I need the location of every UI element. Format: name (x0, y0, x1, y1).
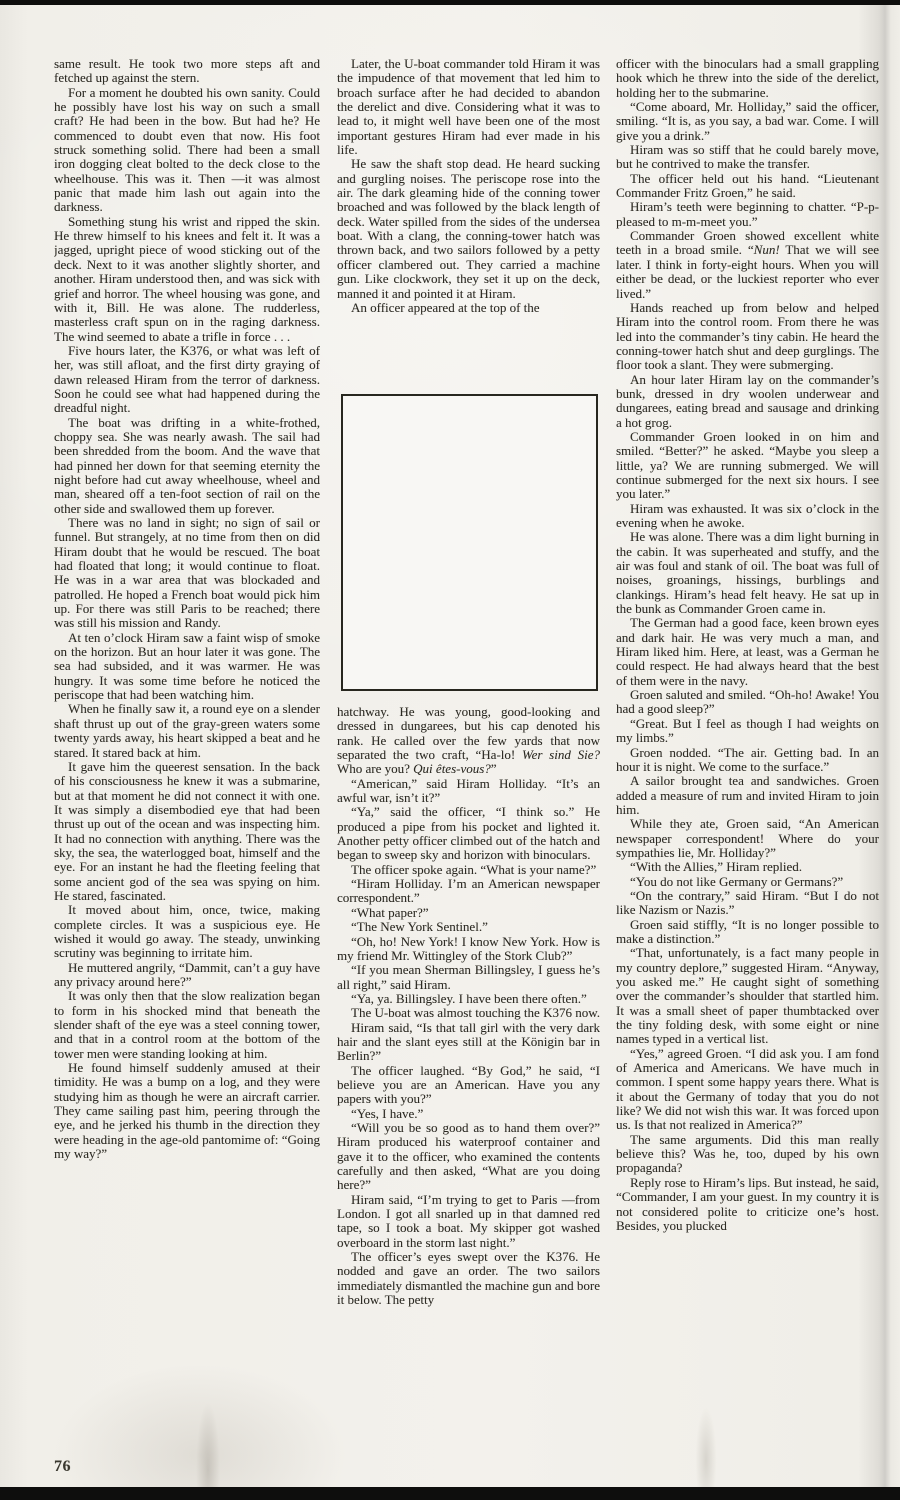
paragraph: “Ya,” said the officer, “I think so.” He… (337, 805, 600, 862)
paragraph: The U-boat was almost touching the K376 … (337, 1006, 600, 1020)
column-2-text-below-box: hatchway. He was young, good-looking and… (337, 705, 600, 1307)
paragraph: “You do not like Germany or Germans?” (616, 875, 879, 889)
paragraph: “Will you be so good as to hand them ove… (337, 1121, 600, 1193)
paragraph: “With the Allies,” Hiram replied. (616, 860, 879, 874)
paragraph: Hands reached up from below and helped H… (616, 301, 879, 373)
paragraph: He muttered angrily, “Dammit, can’t a gu… (54, 961, 320, 990)
empty-illustration-box (341, 394, 598, 691)
paragraph: “American,” said Hiram Holliday. “It’s a… (337, 777, 600, 806)
page-edge-top (0, 0, 900, 5)
paragraph: It gave him the queerest sensation. In t… (54, 760, 320, 903)
text-column-2: Later, the U-boat commander told Hiram i… (337, 57, 600, 1455)
paragraph: An officer appeared at the top of the (337, 301, 600, 315)
paragraph: An hour later Hiram lay on the commander… (616, 373, 879, 430)
scanned-book-page: same result. He took two more steps aft … (0, 0, 900, 1500)
text-column-3: officer with the binoculars had a small … (616, 57, 879, 1455)
paragraph: At ten o’clock Hiram saw a faint wisp of… (54, 631, 320, 703)
column-2-text-above-box: Later, the U-boat commander told Hiram i… (337, 57, 600, 394)
paragraph: The same arguments. Did this man really … (616, 1133, 879, 1176)
paragraph: He was alone. There was a dim light burn… (616, 530, 879, 616)
paragraph: “Ya, ya. Billingsley. I have been there … (337, 992, 600, 1006)
paragraph: Hiram was exhausted. It was six o’clock … (616, 502, 879, 531)
paragraph: He saw the shaft stop dead. He heard suc… (337, 157, 600, 300)
paragraph: Hiram was so stiff that he could barely … (616, 143, 879, 172)
paragraph: The officer laughed. “By God,” he said, … (337, 1064, 600, 1107)
paragraph: “Oh, ho! New York! I know New York. How … (337, 935, 600, 964)
paragraph: It moved about him, once, twice, making … (54, 903, 320, 960)
paragraph: Five hours later, the K376, or what was … (54, 344, 320, 416)
paragraph: There was no land in sight; no sign of s… (54, 516, 320, 631)
paragraph: The officer held out his hand. “Lieutena… (616, 172, 879, 201)
paragraph: “Yes, I have.” (337, 1107, 600, 1121)
paragraph: Something stung his wrist and ripped the… (54, 215, 320, 344)
paragraph: It was only then that the slow realizati… (54, 989, 320, 1061)
text-column-1: same result. He took two more steps aft … (54, 57, 320, 1458)
paragraph: same result. He took two more steps aft … (54, 57, 320, 86)
paragraph: “Yes,” agreed Groen. “I did ask you. I a… (616, 1047, 879, 1133)
paragraph: Groen nodded. “The air. Getting bad. In … (616, 746, 879, 775)
paragraph: Groen saluted and smiled. “Oh-ho! Awake!… (616, 688, 879, 717)
paragraph: Later, the U-boat commander told Hiram i… (337, 57, 600, 157)
paragraph: “If you mean Sherman Billingsley, I gues… (337, 963, 600, 992)
paragraph: The boat was drifting in a white-frothed… (54, 416, 320, 516)
paragraph: Groen said stiffly, “It is no longer pos… (616, 918, 879, 947)
paragraph: Commander Groen looked in on him and smi… (616, 430, 879, 502)
paragraph: officer with the binoculars had a small … (616, 57, 879, 100)
paragraph: The officer’s eyes swept over the K376. … (337, 1250, 600, 1307)
paragraph: The officer spoke again. “What is your n… (337, 863, 600, 877)
paragraph: When he finally saw it, a round eye on a… (54, 702, 320, 759)
paragraph: Hiram’s teeth were beginning to chatter.… (616, 200, 879, 229)
page-edge-bottom (0, 1487, 900, 1500)
paragraph: “What paper?” (337, 906, 600, 920)
paragraph: Hiram said, “I’m trying to get to Paris … (337, 1193, 600, 1250)
paragraph: “The New York Sentinel.” (337, 920, 600, 934)
paragraph: For a moment he doubted his own sanity. … (54, 86, 320, 215)
paragraph: hatchway. He was young, good-looking and… (337, 705, 600, 777)
paragraph: “On the contrary,” said Hiram. “But I do… (616, 889, 879, 918)
paragraph: “Hiram Holliday. I’m an American newspap… (337, 877, 600, 906)
paragraph: “Great. But I feel as though I had weigh… (616, 717, 879, 746)
paragraph: He found himself suddenly amused at thei… (54, 1061, 320, 1161)
paragraph: While they ate, Groen said, “An American… (616, 817, 879, 860)
paragraph: “Come aboard, Mr. Holliday,” said the of… (616, 100, 879, 143)
paragraph: Commander Groen showed excellent white t… (616, 229, 879, 301)
paragraph: A sailor brought tea and sandwiches. Gro… (616, 774, 879, 817)
paragraph: “That, unfortunately, is a fact many peo… (616, 946, 879, 1046)
page-number: 76 (54, 1458, 71, 1476)
paragraph: Reply rose to Hiram’s lips. But instead,… (616, 1176, 879, 1233)
paragraph: Hiram said, “Is that tall girl with the … (337, 1021, 600, 1064)
paragraph: The German had a good face, keen brown e… (616, 616, 879, 688)
